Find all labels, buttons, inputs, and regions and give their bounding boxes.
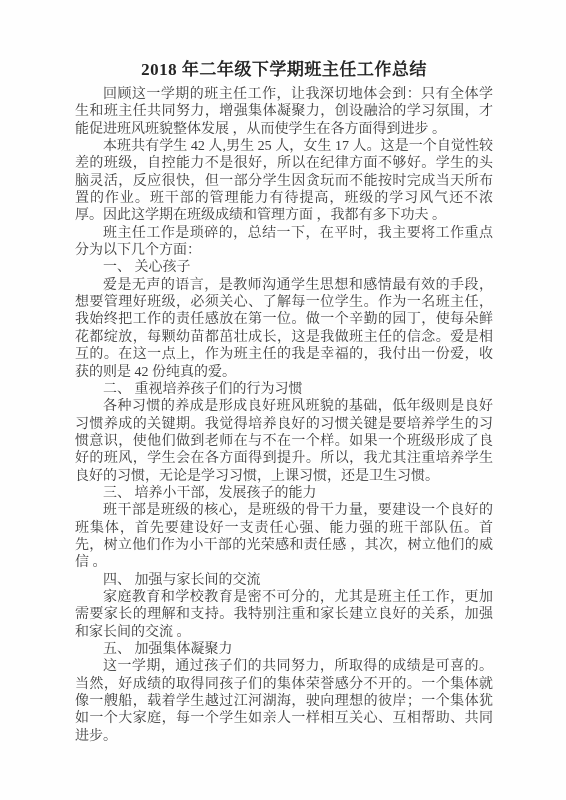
paragraph-class-overview: 本班共有学生 42 人,男生 25 人，女生 17 人。这是一个自觉性较差的班级…: [75, 138, 493, 225]
section-heading-5: 五、 加强集体凝聚力: [75, 641, 493, 658]
paragraph-section-5: 这一学期，通过孩子们的共同努力，所取得的成绩是可喜的。当然，好成绩的取得同孩子们…: [75, 658, 493, 745]
paragraph-intro: 回顾这一学期的班主任工作，让我深切地体会到：只有全体学生和班主任共同努力，增强集…: [75, 86, 493, 138]
document-body: 回顾这一学期的班主任工作，让我深切地体会到：只有全体学生和班主任共同努力，增强集…: [75, 86, 493, 745]
document-page: 2018 年二年级下学期班主任工作总结 回顾这一学期的班主任工作，让我深切地体会…: [0, 0, 566, 800]
section-heading-2: 二、 重视培养孩子们的行为习惯: [75, 381, 493, 398]
paragraph-section-3: 班干部是班级的核心，是班级的骨干力量，要建设一个良好的班集体，首先要建设好一支责…: [75, 502, 493, 571]
document-title: 2018 年二年级下学期班主任工作总结: [75, 57, 493, 82]
section-heading-3: 三、 培养小干部，发展孩子的能力: [75, 485, 493, 502]
paragraph-section-4: 家庭教育和学校教育是密不可分的，尤其是班主任工作，更加需要家长的理解和支持。我特…: [75, 589, 493, 641]
paragraph-section-2: 各种习惯的养成是形成良好班风班貌的基础，低年级则是良好习惯养成的关键期。我觉得培…: [75, 398, 493, 485]
paragraph-work-outline: 班主任工作是琐碎的，总结一下，在平时，我主要将工作重点分为以下几个方面：: [75, 225, 493, 260]
paragraph-section-1: 爱是无声的语言，是教师沟通学生思想和感情最有效的手段，想要管理好班级，必须关心、…: [75, 277, 493, 381]
section-heading-1: 一、 关心孩子: [75, 259, 493, 276]
section-heading-4: 四、 加强与家长间的交流: [75, 572, 493, 589]
